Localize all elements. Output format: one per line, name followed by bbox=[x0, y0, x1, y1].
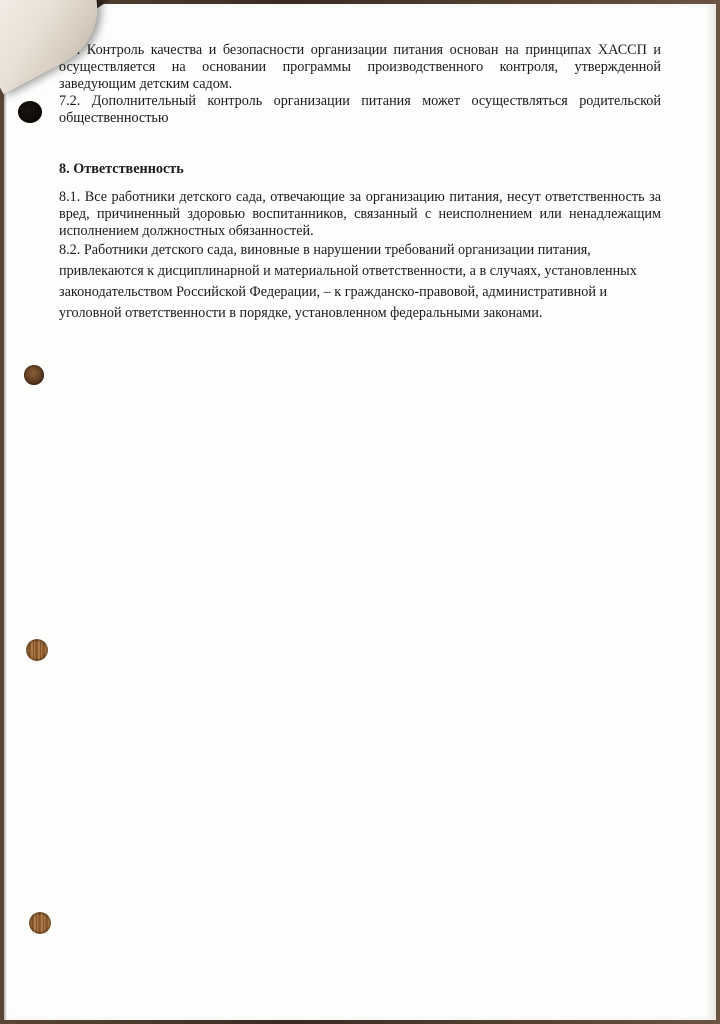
scan-scene: 7.1. Контроль качества и безопасности ор… bbox=[0, 0, 720, 1024]
punch-hole-icon bbox=[18, 101, 42, 123]
punch-hole-icon bbox=[29, 912, 51, 934]
document-page: 7.1. Контроль качества и безопасности ор… bbox=[4, 4, 716, 1020]
punch-hole-icon bbox=[24, 365, 44, 385]
page-right-shade bbox=[706, 4, 716, 1020]
section-title-responsibility: 8. Ответственность bbox=[59, 161, 661, 178]
paragraph-7-1: 7.1. Контроль качества и безопасности ор… bbox=[59, 42, 661, 93]
paragraph-7-2: 7.2. Дополнительный контроль организации… bbox=[59, 93, 661, 127]
paragraph-8-2: 8.2. Работники детского сада, виновные в… bbox=[59, 240, 661, 324]
punch-hole-icon bbox=[26, 639, 48, 661]
paragraph-8-1: 8.1. Все работники детского сада, отвеча… bbox=[59, 189, 661, 240]
document-body: 7.1. Контроль качества и безопасности ор… bbox=[59, 42, 661, 324]
page-left-edge bbox=[4, 4, 7, 1020]
